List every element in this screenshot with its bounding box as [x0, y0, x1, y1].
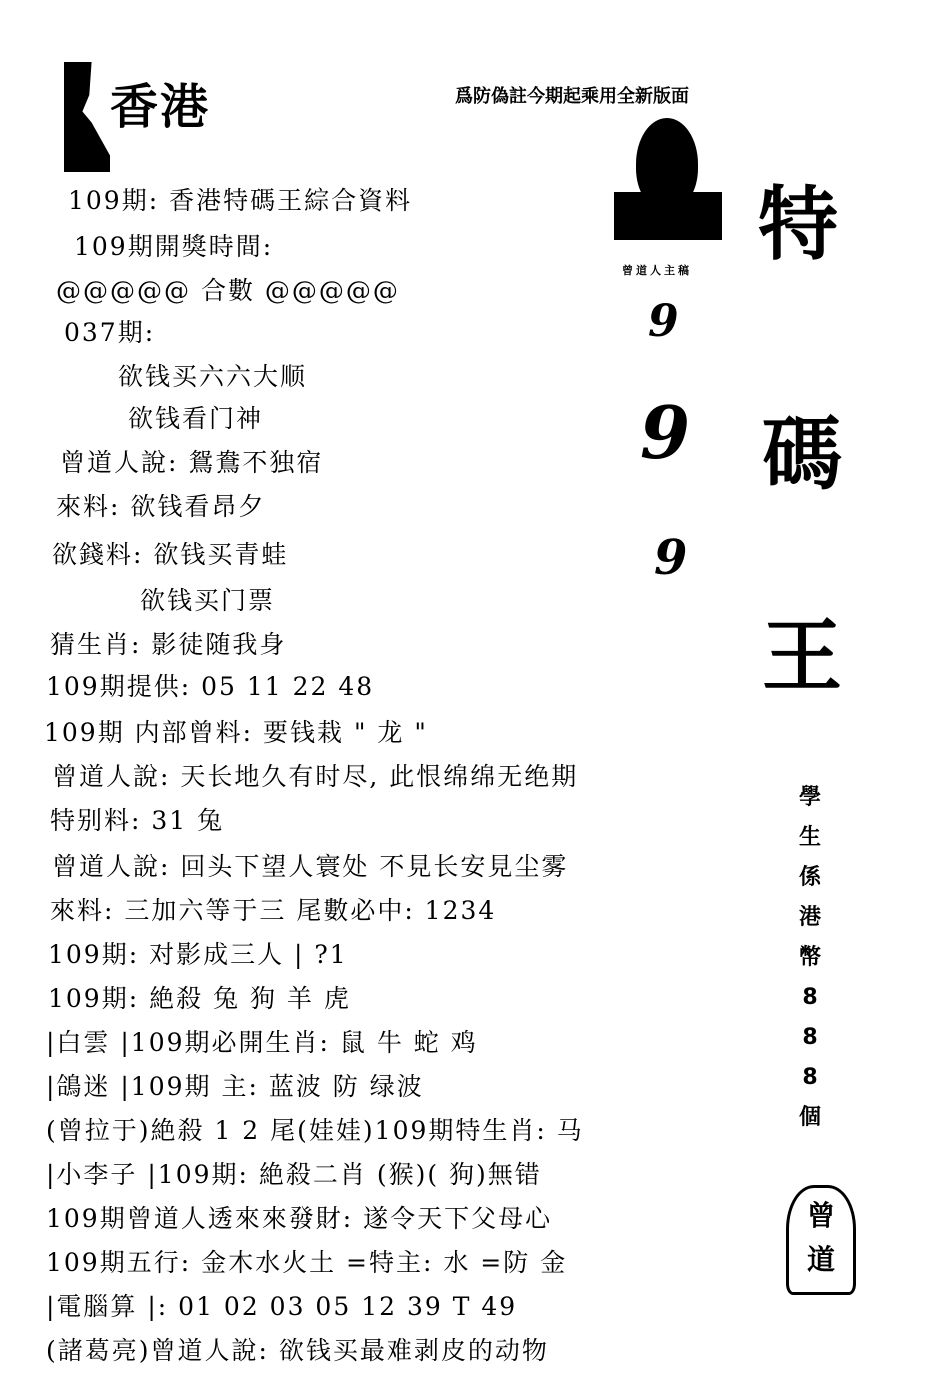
seal-char: 曾 — [789, 1194, 853, 1238]
digit-nine: 9 — [654, 530, 687, 586]
text-line: (曾拉于)絶殺 1 2 尾(娃娃)109期特生肖: 马 — [46, 1116, 584, 1146]
side-char: 港 — [790, 898, 830, 938]
digit-nine: 9 — [640, 390, 690, 475]
text-line: 欲錢料: 欲钱买青蛙 — [52, 540, 288, 570]
text-line: 109期 内部曾料: 要钱栽 " 龙 " — [44, 718, 428, 748]
side-char: 8 — [790, 1018, 830, 1058]
notice-text: 爲防偽註今期起乘用全新版面 — [455, 82, 689, 108]
side-char: 8 — [790, 1058, 830, 1098]
text-line: 109期五行: 金木水火土 =特主: 水 =防 金 — [46, 1248, 567, 1278]
text-line: |電腦算 |: 01 02 03 05 12 39 T 49 — [46, 1292, 517, 1322]
portrait-image: 曾道人主稿 — [614, 118, 722, 260]
text-line: 來料: 欲钱看昂夕 — [56, 492, 265, 522]
side-char: 學 — [790, 778, 830, 818]
side-char: 生 — [790, 818, 830, 858]
text-line: 曾道人說: 天长地久有时尽, 此恨绵绵无绝期 — [52, 762, 578, 792]
logo-title: 香港 — [110, 68, 210, 137]
text-line: 109期提供: 05 11 22 48 — [46, 672, 374, 702]
text-line: 猜生肖: 影徒随我身 — [50, 630, 286, 660]
text-line: 特别料: 31 兔 — [50, 806, 224, 836]
text-line: |白雲 |109期必開生肖: 鼠 牛 蛇 鸡 — [46, 1028, 478, 1058]
portrait-caption: 曾道人主稿 — [622, 262, 692, 278]
text-line: 109期: 对影成三人 | ?1 — [48, 940, 348, 970]
text-line: 曾道人說: 回头下望人寰处 不見长安見尘雾 — [52, 852, 568, 882]
digit-nine: 9 — [648, 296, 679, 347]
side-char: 幣 — [790, 938, 830, 978]
text-line: 欲钱看门神 — [128, 404, 263, 434]
text-line: @@@@@ 合數 @@@@@ — [56, 276, 400, 306]
text-line: 來料: 三加六等于三 尾數必中: 1234 — [50, 896, 496, 926]
seal-stamp: 曾道 — [786, 1185, 856, 1295]
text-line: 109期曾道人透來來發財: 遂令天下父母心 — [46, 1204, 552, 1234]
text-line: 欲钱买门票 — [140, 586, 275, 616]
portrait-bust — [614, 192, 722, 240]
text-line: 109期: 香港特碼王綜合資料 — [68, 186, 412, 216]
side-char: 8 — [790, 978, 830, 1018]
text-line: 曾道人說: 鴛鴦不独宿 — [60, 448, 323, 478]
text-line: |小李子 |109期: 絶殺二肖 (猴)( 狗)無错 — [46, 1160, 542, 1190]
text-line: 037期: — [64, 318, 155, 348]
side-vertical-text: 學生係港幣888個 — [790, 778, 830, 1138]
text-line: 109期: 絶殺 兔 狗 羊 虎 — [48, 984, 351, 1014]
title-char: 特 — [758, 160, 838, 275]
title-char: 碼 — [762, 390, 842, 505]
side-char: 係 — [790, 858, 830, 898]
seal-char: 道 — [789, 1238, 853, 1282]
text-line: (諸葛亮)曾道人說: 欲钱买最难剥皮的动物 — [46, 1336, 549, 1366]
side-char: 個 — [790, 1098, 830, 1138]
text-line: 欲钱买六六大顺 — [118, 362, 307, 392]
text-line: |鴿迷 |109期 主: 蓝波 防 绿波 — [46, 1072, 424, 1102]
title-char: 王 — [762, 592, 842, 707]
text-line: 109期開獎時間: — [74, 232, 273, 262]
logo-graphic — [64, 62, 110, 172]
